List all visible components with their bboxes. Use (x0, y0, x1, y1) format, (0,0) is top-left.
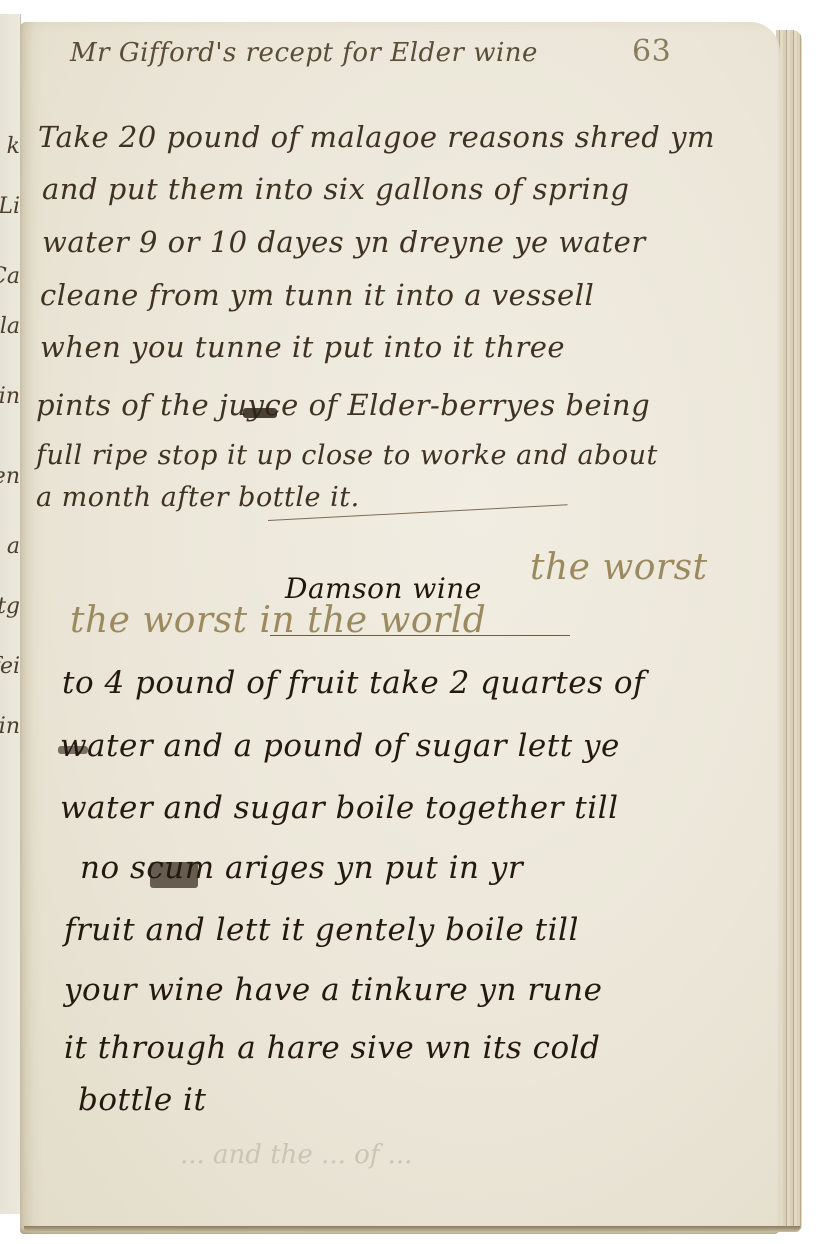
left-page-fragment: Sen (0, 464, 20, 489)
recipe-1-line: and put them into six gallons of spring (42, 172, 629, 206)
recipe-1-title: Mr Gifford's recept for Elder wine (70, 38, 538, 68)
recipe-2-line: water and sugar boile together till (60, 790, 619, 826)
bottom-page-edge (24, 1226, 800, 1232)
title-underline (270, 635, 570, 636)
left-page-fragment: hin (0, 384, 20, 409)
recipe-2-line: fruit and lett it gentely boile till (64, 912, 579, 948)
recipe-2-line: water and a pound of sugar lett ye (60, 728, 620, 764)
page-number: 63 (632, 34, 671, 69)
left-page-edge: k Li Ca alla hin Sen a tatg fei hin (0, 14, 21, 1214)
recipe-1-line: water 9 or 10 dayes yn dreyne ye water (42, 225, 646, 259)
recipe-1-line: full ripe stop it up close to worke and … (36, 440, 658, 471)
left-page-fragment: a (0, 534, 20, 559)
left-page-fragment: fei (0, 654, 20, 679)
recipe-1-line: a month after bottle it. (36, 482, 360, 513)
left-page-fragment: tatg (0, 594, 20, 619)
recipe-2-annotation-part: the worst (530, 550, 780, 586)
recipe-1-line: pints of the juyce of Elder-berryes bein… (36, 388, 650, 422)
left-page-fragment: alla (0, 314, 20, 339)
left-page-fragment: hin (0, 714, 20, 739)
recipe-2-line: no scum ariges yn put in yr (80, 850, 523, 886)
recipe-1-line: when you tunne it put into it three (40, 330, 565, 364)
bleed-through-text: ... and the ... of ... (180, 1140, 412, 1170)
left-page-fragment: Li (0, 194, 20, 219)
recipe-2-line: it through a hare sive wn its cold (64, 1030, 600, 1066)
left-page-fragment: Ca (0, 264, 20, 289)
recipe-1-line: cleane from ym tunn it into a vessell (40, 278, 594, 312)
recipe-2-line: your wine have a tinkure yn rune (64, 972, 602, 1008)
recipe-2-line: to 4 pound of fruit take 2 quartes of (62, 665, 645, 701)
recipe-2-line: bottle it (78, 1082, 206, 1118)
ink-blot (243, 408, 277, 418)
left-page-fragment: k (0, 134, 20, 159)
recipe-1-line: Take 20 pound of malagoe reasons shred y… (38, 120, 715, 154)
